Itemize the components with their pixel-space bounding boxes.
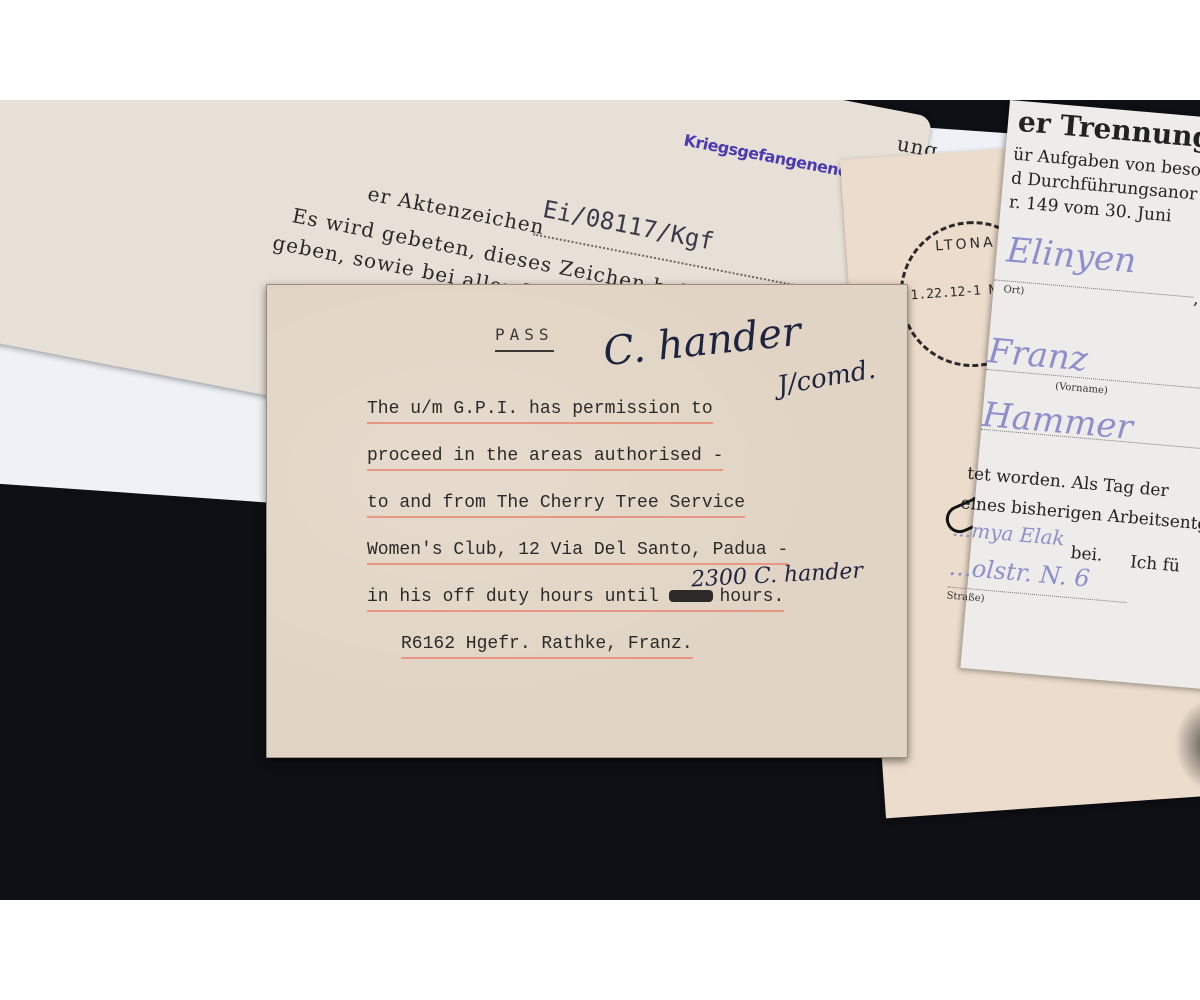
pass-title: PASS <box>495 325 554 352</box>
pass-line-text: proceed in the areas authorised - <box>367 446 723 471</box>
pass-line-hours: in his off duty hours until 2030hours. <box>367 587 788 634</box>
pass-line: to and from The Cherry Tree Service <box>367 493 788 540</box>
file-number: Ei/08117/Kgf <box>541 195 717 256</box>
pass-line: The u/m G.P.I. has permission to <box>367 399 788 446</box>
prisoner-identification: R6162 Hgefr. Rathke, Franz. <box>367 634 788 681</box>
prisoner-line-text: R6162 Hgefr. Rathke, Franz. <box>401 634 693 659</box>
handwritten-place: Elinyen <box>1005 230 1138 281</box>
pass-line-text: Women's Club, 12 Via Del Santo, Padua - <box>367 540 788 565</box>
label-place: Ort) <box>1003 284 1025 297</box>
officer-rank: J/comd. <box>775 355 878 402</box>
form-text-bei: bei. <box>1070 543 1103 566</box>
ink-blot <box>1168 693 1200 798</box>
label-firstname: (Vorname) <box>1055 381 1108 397</box>
postmark-town: LTONA <box>935 234 996 254</box>
officer-signature: C. hander <box>601 309 803 375</box>
pass-line-text: to and from The Cherry Tree Service <box>367 493 745 518</box>
photograph: er Aktenzeichen Ei/08117/Kgf Es wird geb… <box>0 100 1200 900</box>
form-text-suffix: , d <box>1193 289 1200 311</box>
postmark-date: 1.22.12-1 N <box>910 282 997 303</box>
pass-line-text: The u/m G.P.I. has permission to <box>367 399 713 424</box>
pass-line: proceed in the areas authorised - <box>367 446 788 493</box>
hours-prefix: in his off duty hours until <box>367 587 659 607</box>
form-text-ich: Ich fü <box>1129 552 1180 576</box>
pow-pass-card: PASS C. hander J/comd. The u/m G.P.I. ha… <box>266 284 908 758</box>
pass-body: The u/m G.P.I. has permission to proceed… <box>367 399 788 681</box>
handwritten-firstname: Franz <box>986 331 1089 380</box>
